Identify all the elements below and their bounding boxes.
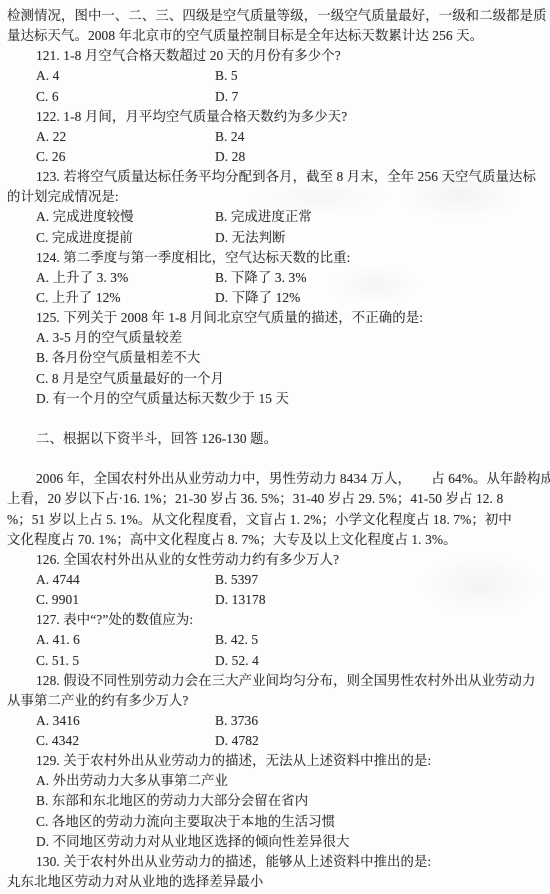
- option-left: A. 41. 6: [36, 630, 215, 650]
- option-row: C. 完成进度提前D. 无法判断: [7, 228, 550, 248]
- option-line: B. 各月份空气质量相差不大: [7, 348, 550, 368]
- option-right: D. 7: [215, 87, 238, 107]
- option-right: D. 下降了 12%: [215, 288, 300, 308]
- text-line: %；51 岁以上占 5. 1%。从文化程度看，文盲占 1. 2%；小学文化程度占…: [7, 510, 550, 530]
- option-row: A. 4B. 5: [7, 66, 550, 86]
- document-page: 检测情况，图中一、二、三、四级是空气质量等级，一级空气质量最好，一级和二级都是质…: [0, 0, 550, 892]
- option-right: D. 4782: [215, 731, 259, 751]
- question-line: 130. 关于农村外出从业劳动力的描述，能够从上述资料中推出的是:: [7, 852, 550, 872]
- blank-line: [7, 409, 550, 429]
- question-line: 127. 表中“?”处的数值应为:: [7, 610, 550, 630]
- question-line: 129. 关于农村外出从业劳动力的描述，无法从上述资料中推出的是:: [7, 751, 550, 771]
- option-row: A. 22B. 24: [7, 127, 550, 147]
- option-left: A. 4: [36, 66, 215, 86]
- option-row: C. 9901D. 13178: [7, 590, 550, 610]
- question-line: 122. 1-8 月间，月平均空气质量合格天数约为多少天?: [7, 107, 550, 127]
- option-right: D. 无法判断: [215, 228, 286, 248]
- text-line: 的计划完成情况是:: [7, 187, 550, 207]
- option-line: A. 3-5 月的空气质量较差: [7, 328, 550, 348]
- option-row: C. 26D. 28: [7, 147, 550, 167]
- option-row: A. 3416B. 3736: [7, 711, 550, 731]
- option-left: A. 完成进度较慢: [36, 207, 215, 227]
- scanned-page: 检测情况，图中一、二、三、四级是空气质量等级，一级空气质量最好，一级和二级都是质…: [0, 0, 550, 894]
- question-line: 125. 下列关于 2008 年 1-8 月间北京空气质量的描述，不正确的是:: [7, 308, 550, 328]
- text-line: 文化程度占 70. 1%；高中文化程度占 8. 7%；大专及以上文化程度占 1.…: [7, 530, 550, 550]
- option-right: D. 52. 4: [215, 651, 259, 671]
- question-line: 128. 假设不同性别劳动力会在三大产业间均匀分布，则全国男性农村外出从业劳动力: [7, 671, 550, 691]
- text-line: 上看，20 岁以下占·16. 1%；21-30 岁占 36. 5%；31-40 …: [7, 489, 550, 509]
- option-left: A. 22: [36, 127, 215, 147]
- option-right: B. 42. 5: [215, 630, 258, 650]
- text-line: 2006 年，全国农村外出从业劳动力中，男性劳动力 8434 万人， 占 64%…: [7, 469, 550, 489]
- option-line: 丸东北地区劳动力对从业地的选择差异最小: [7, 872, 550, 892]
- option-row: A. 完成进度较慢B. 完成进度正常: [7, 207, 550, 227]
- option-right: D. 28: [215, 147, 245, 167]
- text-line: 检测情况，图中一、二、三、四级是空气质量等级，一级空气质量最好，一级和二级都是质: [7, 6, 550, 26]
- question-line: 121. 1-8 月空气合格天数超过 20 天的月份有多少个?: [7, 46, 550, 66]
- option-right: B. 5: [215, 66, 238, 86]
- option-row: A. 41. 6B. 42. 5: [7, 630, 550, 650]
- option-row: C. 4342D. 4782: [7, 731, 550, 751]
- section-heading: 二、根据以下资半斗，回答 126-130 题。: [7, 429, 550, 449]
- option-left: C. 完成进度提前: [36, 228, 215, 248]
- option-right: B. 下降了 3. 3%: [215, 268, 307, 288]
- option-row: A. 4744B. 5397: [7, 570, 550, 590]
- option-row: A. 上升了 3. 3%B. 下降了 3. 3%: [7, 268, 550, 288]
- option-line: C. 8 月是空气质量最好的一个月: [7, 369, 550, 389]
- option-right: B. 3736: [215, 711, 258, 731]
- text-line: 从事第二产业的约有多少万人?: [7, 691, 550, 711]
- option-left: C. 26: [36, 147, 215, 167]
- question-line: 124. 第二季度与第一季度相比，空气达标天数的比重:: [7, 248, 550, 268]
- option-left: C. 4342: [36, 731, 215, 751]
- blank-line: [7, 449, 550, 469]
- option-row: C. 51. 5D. 52. 4: [7, 651, 550, 671]
- option-right: B. 5397: [215, 570, 258, 590]
- option-row: C. 6D. 7: [7, 87, 550, 107]
- option-line: A. 外出劳动力大多从事第二产业: [7, 771, 550, 791]
- option-right: B. 24: [215, 127, 245, 147]
- question-line: 123. 若将空气质量达标任务平均分配到各月，截至 8 月末，全年 256 天空…: [7, 167, 550, 187]
- option-line: C. 各地区的劳动力流向主要取决于本地的生活习惯: [7, 812, 550, 832]
- option-right: D. 13178: [215, 590, 266, 610]
- option-right: B. 完成进度正常: [215, 207, 312, 227]
- option-left: A. 3416: [36, 711, 215, 731]
- option-left: C. 上升了 12%: [36, 288, 215, 308]
- option-left: A. 4744: [36, 570, 215, 590]
- question-line: 126. 全国农村外出从业的女性劳动力约有多少万人?: [7, 550, 550, 570]
- option-line: D. 不同地区劳动力对从业地区选择的倾向性差异很大: [7, 832, 550, 852]
- option-left: C. 51. 5: [36, 651, 215, 671]
- option-row: C. 上升了 12%D. 下降了 12%: [7, 288, 550, 308]
- text-line: 量达标天气。2008 年北京市的空气质量控制目标是全年达标天数累计达 256 天…: [7, 26, 550, 46]
- option-line: D. 有一个月的空气质量达标天数少于 15 天: [7, 389, 550, 409]
- option-left: C. 6: [36, 87, 215, 107]
- option-line: B. 东部和东北地区的劳动力大部分会留在省内: [7, 791, 550, 811]
- option-left: A. 上升了 3. 3%: [36, 268, 215, 288]
- option-left: C. 9901: [36, 590, 215, 610]
